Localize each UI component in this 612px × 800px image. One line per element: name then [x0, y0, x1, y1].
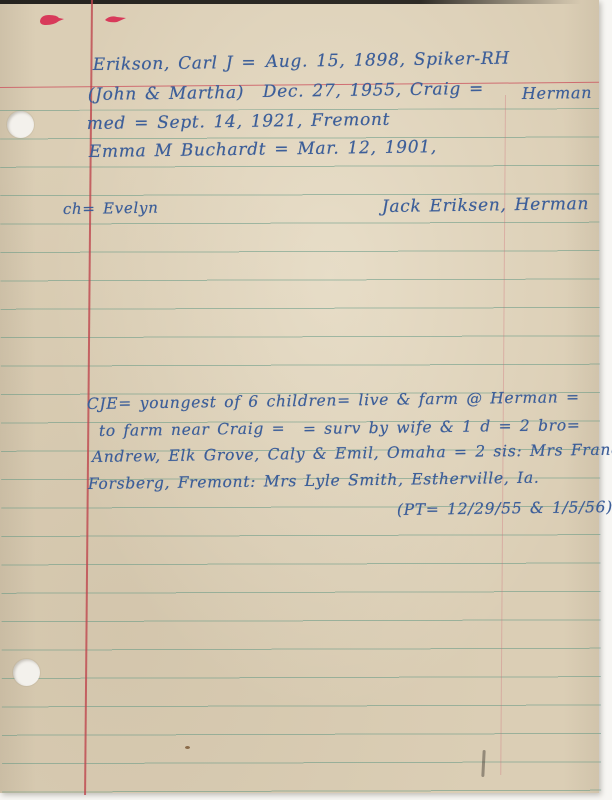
children-label: ch= Evelyn: [63, 200, 159, 218]
notebook-paper: Erikson, Carl J = Aug. 15, 1898, Spiker-…: [0, 0, 599, 793]
paper-speck: [185, 746, 190, 749]
death-date-place: Dec. 27, 1955, Craig =: [263, 80, 484, 102]
scan-top-edge: [0, 0, 599, 4]
red-blob-mark-icon: [38, 12, 66, 28]
marriage-date-place: med = Sept. 14, 1921, Fremont: [87, 111, 391, 134]
surname-and-given-name: Erikson, Carl J =: [93, 54, 257, 75]
birth-date-place: Aug. 15, 1898, Spiker-RH: [266, 50, 510, 72]
biography-line-2-left: to farm near Craig =: [99, 420, 286, 440]
residence-note: Herman: [522, 84, 593, 103]
children-names-right: Jack Eriksen, Herman: [382, 195, 589, 217]
parents-names: (John & Martha): [88, 84, 244, 105]
hole-punch-bottom: [13, 659, 40, 686]
hole-punch-top: [7, 111, 34, 138]
source-citation: (PT= 12/29/55 & 1/5/56): [397, 499, 612, 519]
red-dash-mark-icon: [104, 14, 128, 26]
